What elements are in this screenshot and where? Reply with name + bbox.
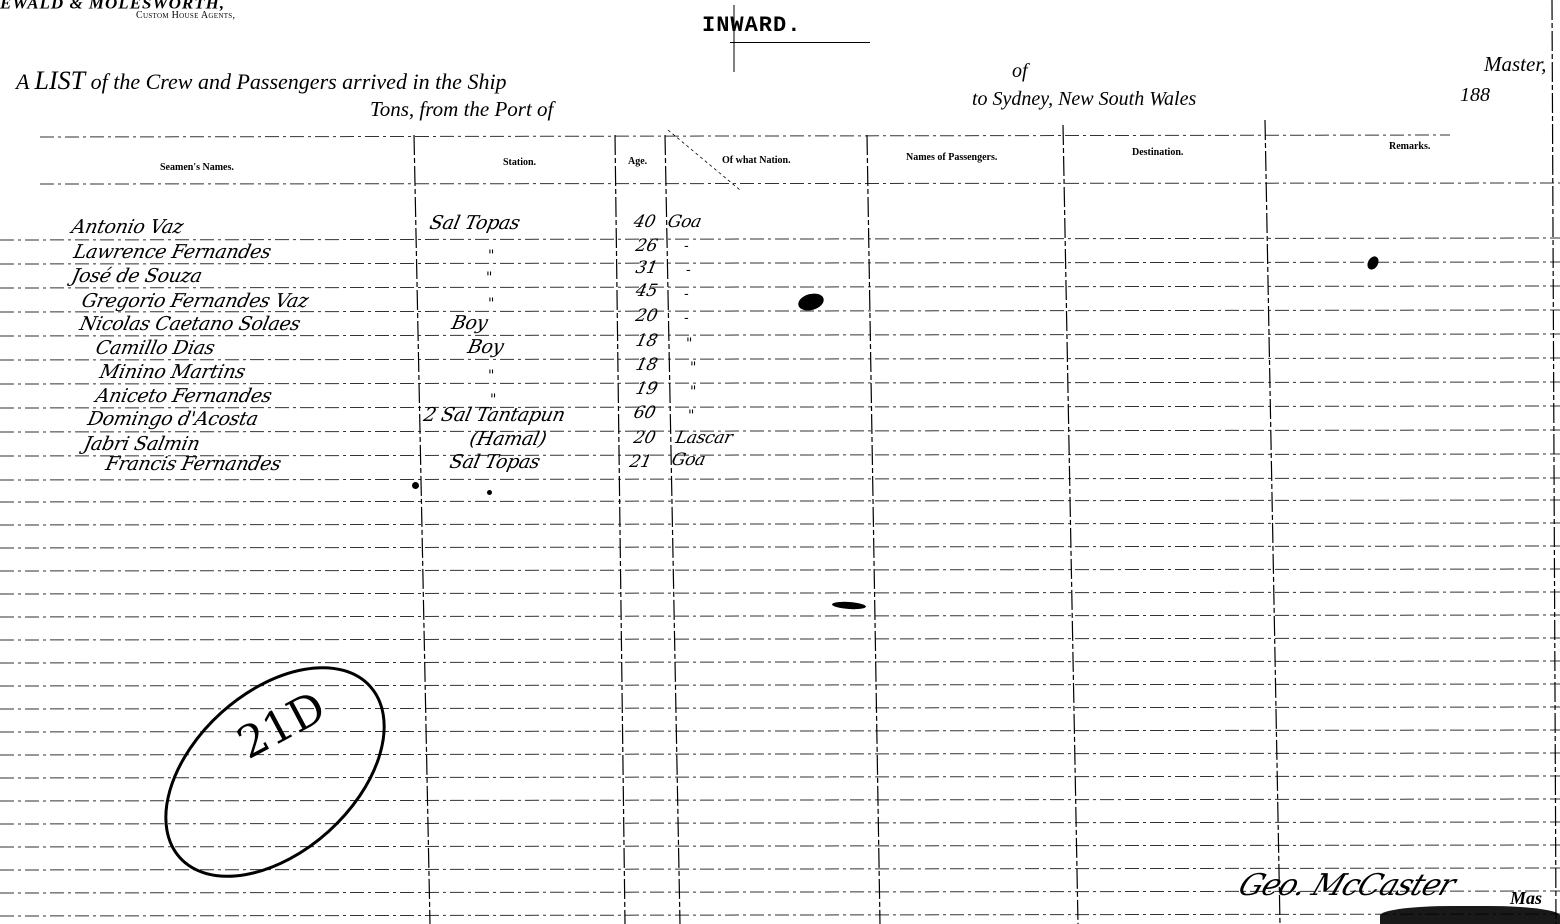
crew-age: 26 — [634, 236, 659, 256]
crew-station: Sal Topas — [448, 451, 542, 473]
crew-name: Gregorio Fernandes Vaz — [80, 290, 311, 312]
crew-age: 31 — [634, 258, 659, 278]
crew-age: 18 — [634, 331, 659, 351]
ink-blot — [832, 601, 866, 610]
crew-station: Boy — [450, 312, 490, 334]
list-title-rest: of the Crew and Passengers arrived in th… — [85, 69, 506, 94]
crew-age: 45 — [634, 281, 659, 301]
crew-age: 21 — [628, 452, 653, 472]
crew-name: Lawrence Fernandes — [72, 241, 273, 263]
crew-nation: " — [690, 384, 696, 400]
tons-line: Tons, from the Port of — [370, 97, 553, 122]
year-label: 188 — [1460, 84, 1490, 107]
crew-station: " — [486, 270, 492, 286]
crew-name: José de Souza — [70, 265, 204, 287]
crew-name: Francis Fernandes — [104, 453, 283, 475]
ink-blot — [796, 291, 825, 313]
crew-station: (Hamal) — [468, 428, 549, 450]
destination-line: to Sydney, New South Wales — [972, 88, 1196, 111]
ink-dot — [487, 490, 492, 495]
crew-age: 19 — [634, 379, 659, 399]
crew-nation: " — [686, 336, 692, 352]
form-title-underline — [730, 42, 870, 43]
crew-nation: " — [688, 408, 694, 424]
crew-nation: Lascar — [674, 428, 734, 448]
crew-name: Antonio Vaz — [70, 216, 186, 238]
crew-nation: Goa — [670, 450, 707, 470]
ink-mark — [1365, 254, 1381, 271]
crew-nation: - — [686, 262, 691, 278]
col-header-age: Age. — [628, 156, 647, 167]
list-title: A LIST of the Crew and Passengers arrive… — [16, 66, 507, 96]
col-header-station: Station. — [503, 157, 536, 168]
crew-nation: - — [684, 310, 689, 326]
crew-age: 20 — [634, 306, 659, 326]
crew-age: 20 — [632, 428, 657, 448]
crew-station: " — [488, 368, 494, 384]
crew-age: 60 — [632, 403, 657, 423]
crew-station: " — [488, 248, 494, 264]
col-header-destination: Destination. — [1132, 147, 1183, 158]
crew-name: Jabri Salmin — [82, 433, 202, 455]
crew-name: Nicolas Caetano Solaes — [78, 313, 303, 335]
list-title-prefix: A — [16, 69, 35, 94]
ink-dot — [412, 482, 419, 489]
crew-age: 40 — [632, 212, 657, 232]
of-label: of — [1012, 60, 1028, 83]
crew-nation: - — [684, 286, 689, 302]
col-header-passenger-names: Names of Passengers. — [906, 152, 997, 163]
col-header-seamen-names: Seamen's Names. — [160, 162, 234, 173]
crew-name: Aniceto Fernandes — [94, 385, 274, 407]
circled-annotation — [150, 660, 400, 880]
crew-name: Minino Martins — [98, 361, 248, 383]
crew-name: Domingo d'Acosta — [86, 408, 260, 430]
scan-edge-dark — [1380, 906, 1560, 924]
crew-station: Sal Topas — [428, 212, 522, 234]
crew-name: Camillo Dias — [94, 337, 217, 359]
manifest-page: EWALD & MOLESWORTH, Custom House Agents,… — [0, 0, 1560, 924]
master-label: Master, — [1484, 52, 1546, 77]
master-signature: Geo. McCaster — [1234, 868, 1460, 903]
form-title: INWARD. — [702, 13, 801, 38]
col-header-remarks: Remarks. — [1389, 141, 1430, 152]
crew-age: 18 — [634, 355, 659, 375]
crew-station: " — [488, 296, 494, 312]
crew-nation: " — [690, 360, 696, 376]
crew-station: Boy — [466, 336, 506, 358]
list-title-big: LIST — [35, 66, 86, 95]
crew-nation: Goa — [666, 212, 703, 232]
agent-subtitle: Custom House Agents, — [136, 10, 235, 21]
crew-nation: - — [684, 238, 689, 254]
col-header-nation: Of what Nation. — [722, 155, 791, 166]
crew-station: 2 Sal Tantapun — [422, 404, 567, 426]
